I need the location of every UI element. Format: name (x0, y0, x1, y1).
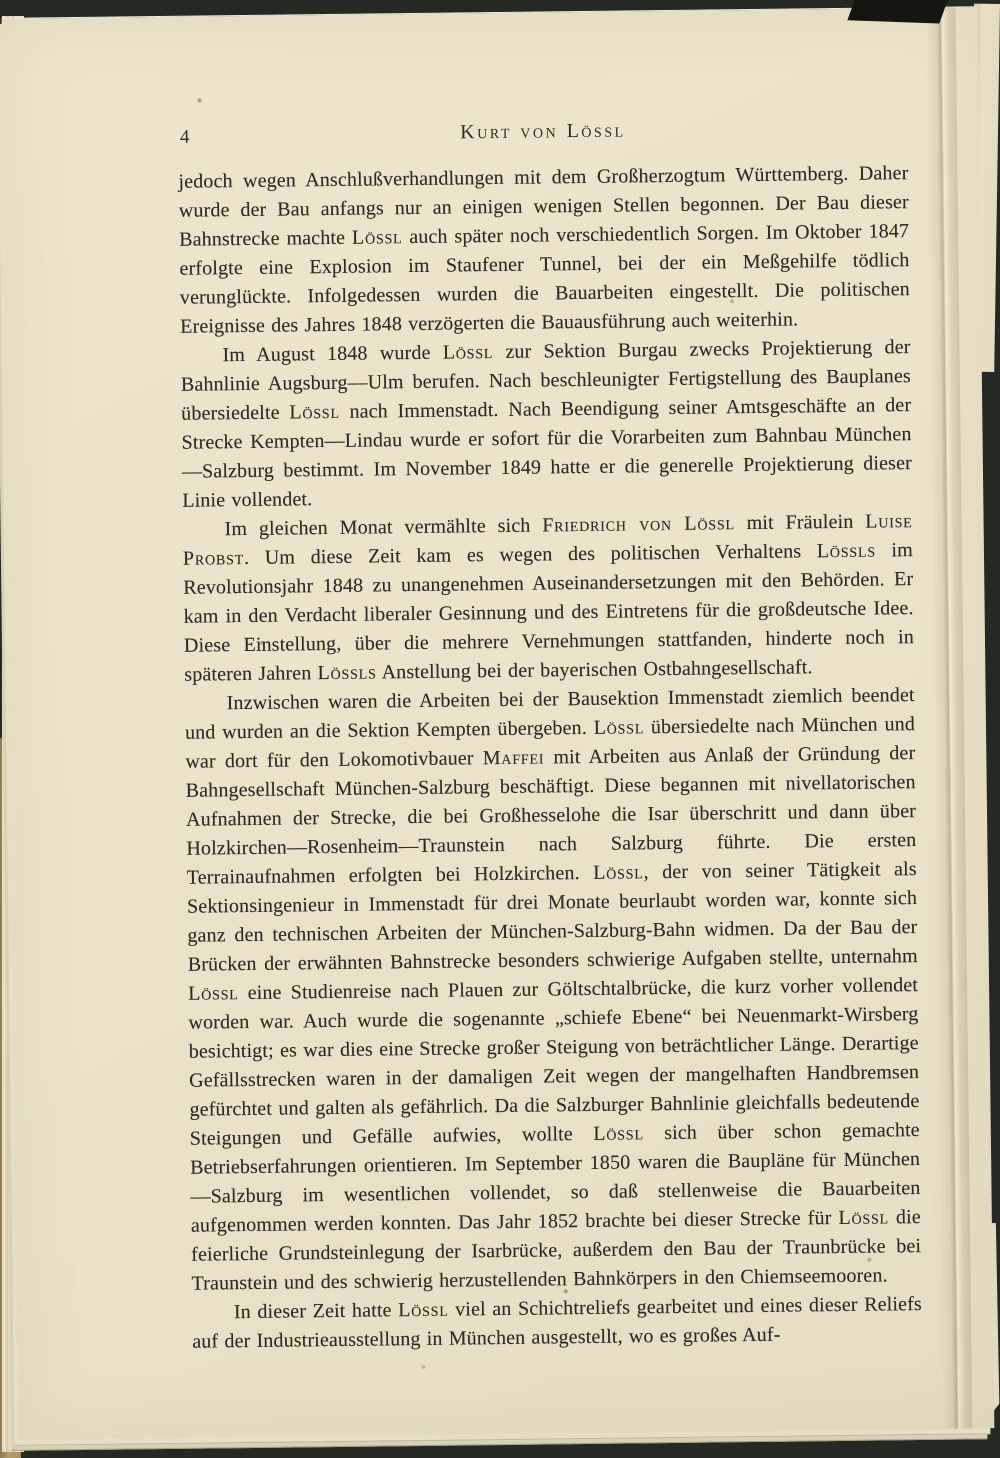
text-run: . Um diese Zeit kam es wegen des politis… (244, 540, 817, 569)
book-scan: 4 Kurt von Lössl jedoch wegen Anschlußve… (0, 0, 1000, 1458)
person-name: Lössl (443, 341, 494, 364)
text-run: Anstellung bei der bayerischen Ostbahnge… (376, 656, 812, 683)
paragraphs: jedoch wegen Anschlußverhandlungen mit d… (178, 159, 922, 1357)
scan-clip-shadow (847, 0, 948, 23)
page-crease (925, 8, 972, 1429)
paragraph: jedoch wegen Anschlußverhandlungen mit d… (178, 159, 910, 342)
person-name: Lössl (593, 1122, 644, 1145)
paragraph: Im gleichen Monat vermählte sich Friedri… (182, 507, 914, 690)
person-name: Lössl (594, 716, 645, 739)
open-page-group: 4 Kurt von Lössl jedoch wegen Anschlußve… (0, 0, 1000, 1458)
person-name: Lössl (593, 861, 644, 884)
paragraph: In dieser Zeit hatte Lössl viel an Schic… (192, 1290, 923, 1357)
person-name: Lössl (289, 401, 340, 424)
text-run: mit Fräulein (735, 511, 866, 535)
page-header: 4 Kurt von Lössl (178, 116, 908, 168)
text-run: In dieser Zeit hatte (234, 1299, 399, 1323)
person-name: Maffei (483, 746, 545, 769)
page-specks (2, 19, 4, 21)
person-name: Lössls (817, 540, 876, 563)
paragraph: Im August 1848 wurde Lössl zur Sektion B… (180, 333, 912, 516)
page-number: 4 (180, 127, 190, 149)
person-name: Lössl (352, 226, 403, 249)
page-content: 4 Kurt von Lössl jedoch wegen Anschlußve… (178, 116, 923, 1357)
person-name: Lössl (188, 982, 239, 1005)
running-header: Kurt von Lössl (178, 116, 908, 148)
person-name: Lössl (398, 1299, 449, 1322)
text-run: Im gleichen Monat vermählte sich (224, 514, 542, 540)
person-name: Lössls (317, 661, 376, 684)
person-name: Friedrich von Lössl (542, 512, 735, 536)
text-run: Im August 1848 wurde (222, 342, 442, 367)
person-name: Lössl (838, 1206, 889, 1229)
paragraph: Inzwischen waren die Arbeiten bei der Ba… (185, 681, 922, 1299)
book-page: 4 Kurt von Lössl jedoch wegen Anschlußve… (2, 6, 995, 1439)
